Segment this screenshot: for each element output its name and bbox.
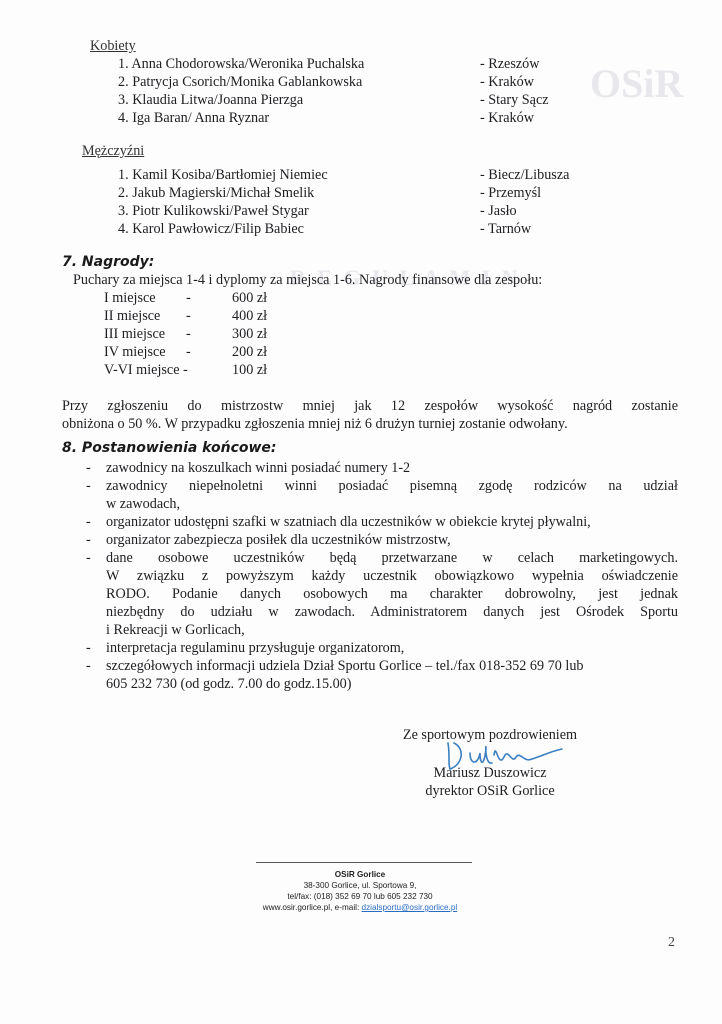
prize-place: III miejsce [104, 325, 165, 343]
signature-title: dyrektor OSiR Gorlice [380, 782, 600, 800]
footer-address: 38-300 Gorlice, ul. Sportowa 9, [200, 880, 520, 891]
prize-row: III miejsce - 300 zł [104, 325, 404, 343]
team-city: - Rzeszów [480, 55, 540, 73]
provision-line: i Rekreacji w Gorlicach, [106, 621, 245, 639]
women-result-row: 4. Iga Baran/ Anna Ryznar - Kraków [118, 109, 678, 127]
team-names: 3. Klaudia Litwa/Joanna Pierzga [118, 91, 303, 109]
team-city: - Przemyśl [480, 184, 541, 202]
footer-email-link[interactable]: dzialsportu@osir.gorlice.pl [362, 903, 458, 912]
prize-row: II miejsce - 400 zł [104, 307, 404, 325]
prize-dash: - [186, 307, 191, 325]
footer-org: OSiR Gorlice [200, 869, 520, 880]
prize-amount: 600 zł [232, 289, 267, 307]
bullet-dash: - [86, 459, 91, 477]
men-section-label: Mężczyźni [82, 143, 144, 160]
prize-row: I miejsce - 600 zł [104, 289, 404, 307]
footer-website: www.osir.gorlice.pl, e-mail: [263, 903, 362, 912]
provision-line: dane osobowe uczestników będą przetwarza… [106, 549, 678, 567]
prize-amount: 200 zł [232, 343, 267, 361]
prizes-note-line: Przy zgłoszeniu do mistrzostw mniej jak … [62, 397, 678, 415]
men-result-row: 3. Piotr Kulikowski/Paweł Stygar - Jasło [118, 202, 678, 220]
team-names: 4. Karol Pawłowicz/Filip Babiec [118, 220, 304, 238]
footer-contact: www.osir.gorlice.pl, e-mail: dzialsportu… [200, 902, 520, 913]
men-result-row: 4. Karol Pawłowicz/Filip Babiec - Tarnów [118, 220, 678, 238]
prize-place: V-VI miejsce - [104, 361, 188, 379]
bullet-dash: - [86, 639, 91, 657]
prize-place: IV miejsce [104, 343, 166, 361]
bullet-dash: - [86, 531, 91, 549]
team-names: 3. Piotr Kulikowski/Paweł Stygar [118, 202, 309, 220]
provision-line: 605 232 730 (od godz. 7.00 do godz.15.00… [106, 675, 352, 693]
prize-place: I miejsce [104, 289, 156, 307]
footer-phone: tel/fax: (018) 352 69 70 lub 605 232 730 [200, 891, 520, 902]
women-section-label: Kobiety [90, 38, 136, 55]
bullet-dash: - [86, 549, 91, 567]
prizes-intro: Puchary za miejsca 1-4 i dyplomy za miej… [73, 271, 542, 289]
team-names: 2. Jakub Magierski/Michał Smelik [118, 184, 314, 202]
final-heading: 8. Postanowienia końcowe: [62, 440, 277, 456]
team-names: 2. Patrycja Csorich/Monika Gablankowska [118, 73, 362, 91]
provision-line: RODO. Podanie danych osobowych ma charak… [106, 585, 678, 603]
team-names: 4. Iga Baran/ Anna Ryznar [118, 109, 269, 127]
team-city: - Kraków [480, 109, 534, 127]
prize-amount: 400 zł [232, 307, 267, 325]
team-city: - Jasło [480, 202, 517, 220]
provision-line: niezbędny do udziału w zawodach. Adminis… [106, 603, 678, 621]
provision-line: w zawodach, [106, 495, 180, 513]
provision-line: organizator zabezpiecza posiłek dla ucze… [106, 531, 451, 549]
prize-row: V-VI miejsce - 100 zł [104, 361, 404, 379]
prizes-note-line: obniżona o 50 %. W przypadku zgłoszenia … [62, 415, 568, 433]
provision-line: zawodnicy na koszulkach winni posiadać n… [106, 459, 410, 477]
men-result-row: 1. Kamil Kosiba/Bartłomiej Niemiec - Bie… [118, 166, 678, 184]
men-result-row: 2. Jakub Magierski/Michał Smelik - Przem… [118, 184, 678, 202]
prize-place: II miejsce [104, 307, 160, 325]
signature-name: Mariusz Duszowicz [380, 764, 600, 782]
provision-line: organizator udostępni szafki w szatniach… [106, 513, 591, 531]
footer-org-name: OSiR Gorlice [335, 870, 386, 879]
prize-amount: 100 zł [232, 361, 267, 379]
team-city: - Stary Sącz [480, 91, 549, 109]
prize-dash: - [186, 325, 191, 343]
team-city: - Tarnów [480, 220, 531, 238]
provision-line: interpretacja regulaminu przysługuje org… [106, 639, 404, 657]
prize-row: IV miejsce - 200 zł [104, 343, 404, 361]
prizes-heading: 7. Nagrody: [62, 254, 154, 270]
prize-dash: - [186, 289, 191, 307]
bullet-dash: - [86, 657, 91, 675]
women-result-row: 1. Anna Chodorowska/Weronika Puchalska -… [118, 55, 678, 73]
team-names: 1. Kamil Kosiba/Bartłomiej Niemiec [118, 166, 328, 184]
document-page: OSiR R E G U L A M I N Kobiety 1. Anna C… [0, 0, 722, 1024]
bullet-dash: - [86, 477, 91, 495]
women-result-row: 3. Klaudia Litwa/Joanna Pierzga - Stary … [118, 91, 678, 109]
provision-line: zawodnicy niepełnoletni winni posiadać p… [106, 477, 678, 495]
women-result-row: 2. Patrycja Csorich/Monika Gablankowska … [118, 73, 678, 91]
prize-dash: - [186, 343, 191, 361]
provision-line: szczegółowych informacji udziela Dział S… [106, 657, 584, 675]
team-city: - Kraków [480, 73, 534, 91]
provision-line: W związku z powyższym każdy uczestnik ob… [106, 567, 678, 585]
prize-amount: 300 zł [232, 325, 267, 343]
page-number: 2 [668, 935, 675, 951]
bullet-dash: - [86, 513, 91, 531]
footer-divider [256, 862, 472, 863]
team-city: - Biecz/Libusza [480, 166, 569, 184]
team-names: 1. Anna Chodorowska/Weronika Puchalska [118, 55, 364, 73]
